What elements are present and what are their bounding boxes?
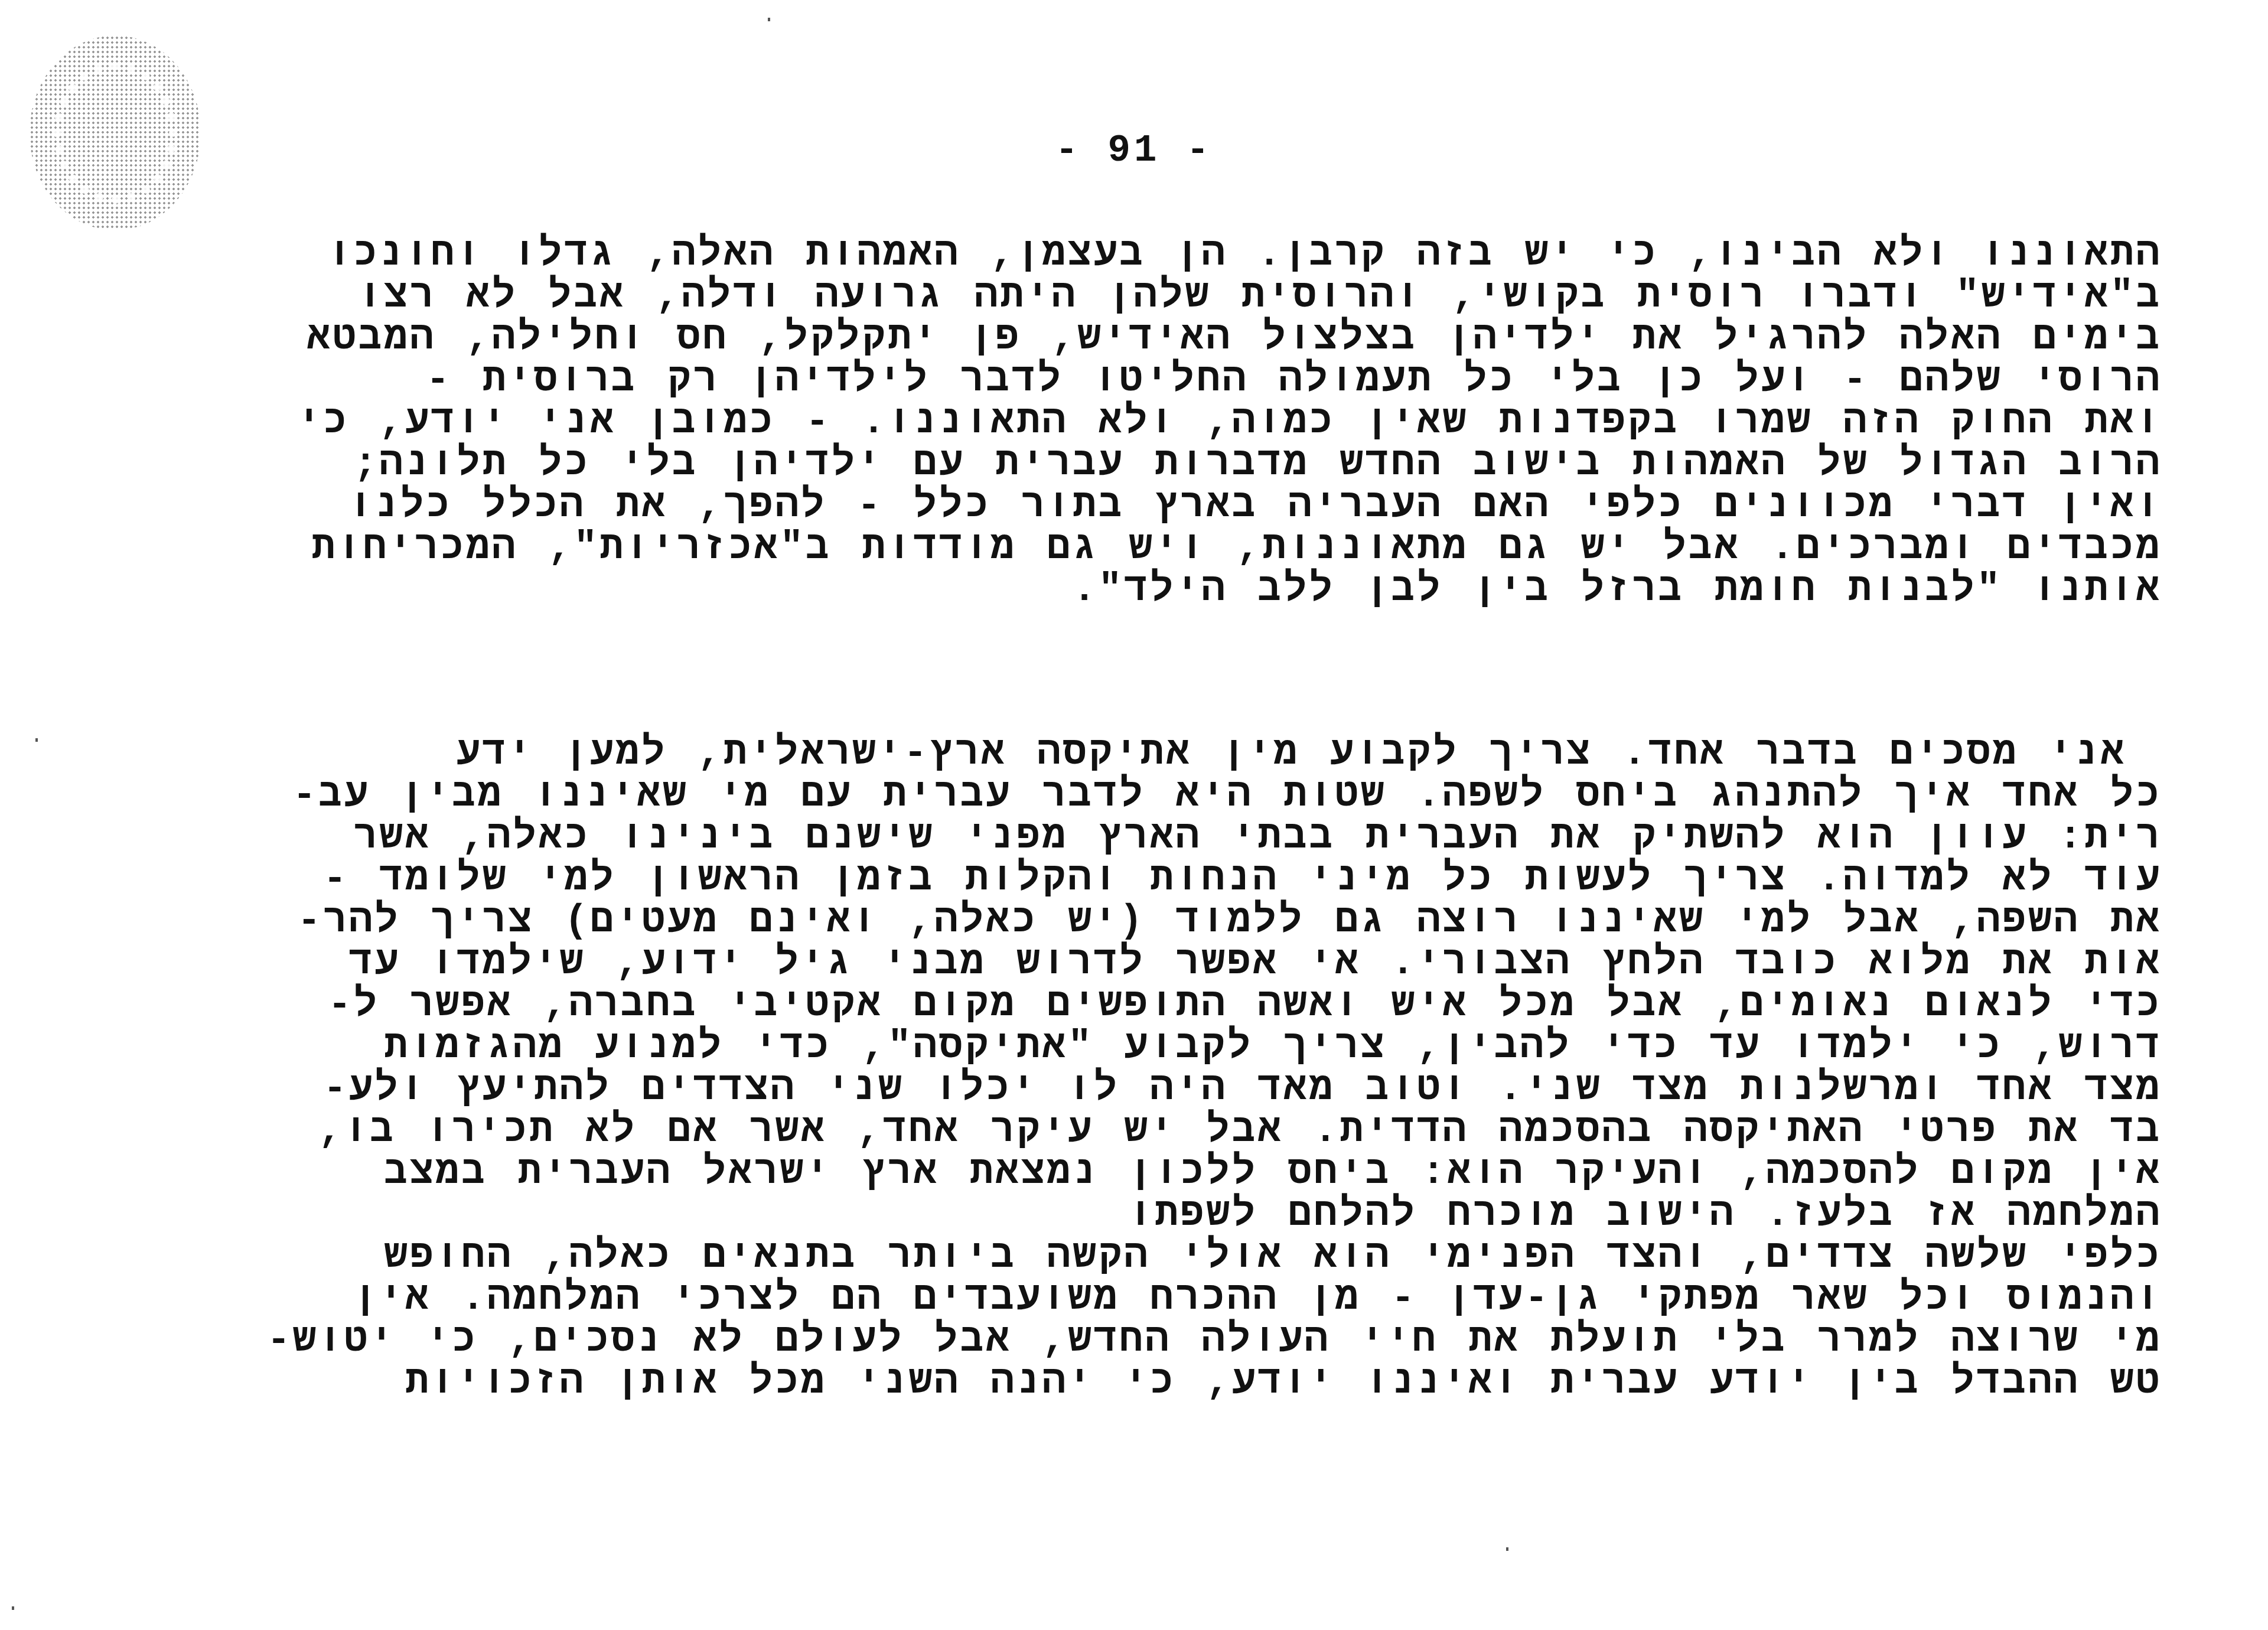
text-line: והנמוס וכל שאר מפתקי גן-עדן - מן ההכרח מ… [118,1277,2162,1319]
scan-speck [12,1606,14,1610]
text-line: כלפי שלשה צדדים, והצד הפנימי הוא אולי הק… [118,1235,2162,1277]
text-line: הרוב הגדול של האמהות בישוב החדש מדברות ע… [118,443,2162,485]
text-line: מכבדים ומברכים. אבל יש גם מתאוננות, ויש … [118,527,2162,569]
text-line: אות את מלוא כובד הלחץ הצבורי. אי אפשר לד… [118,942,2162,984]
text-line: ב"אידיש" ודברו רוסית בקושי, והרוסית שלהן… [118,275,2162,317]
text-line: כל אחד איך להתנהג ביחס לשפה. שטות היא לד… [118,774,2162,816]
text-line: מצד אחד ומרשלנות מצד שני. וטוב מאד היה ל… [118,1068,2162,1110]
text-line: בימים האלה להרגיל את ילדיהן בצלצול האידי… [118,317,2162,359]
text-line: רית: עוון הוא להשתיק את העברית בבתי הארץ… [118,816,2162,858]
text-line: עוד לא למדוה. צריך לעשות כל מיני הנחות ו… [118,858,2162,900]
paragraph-2: אני מסכים בדבר אחד. צריך לקבוע מין אתיקס… [118,732,2162,1403]
text-line: התאוננו ולא הבינו, כי יש בזה קרבן. הן בע… [118,233,2162,275]
text-line: ואת החוק הזה שמרו בקפדנות שאין כמוה, ולא… [118,401,2162,443]
text-line: את השפה, אבל למי שאיננו רוצה גם ללמוד (י… [118,900,2162,942]
scan-speck [768,18,770,21]
text-line: אני מסכים בדבר אחד. צריך לקבוע מין אתיקס… [118,732,2162,774]
text-line: אותנו "לבנות חומת ברזל בין לבן ללב הילד"… [118,569,2162,611]
page-number: - 91 - [0,130,2268,172]
text-line: בד את פרטי האתיקסה בהסכמה הדדית. אבל יש … [118,1110,2162,1152]
text-line: הרוסי שלהם - ועל כן בלי כל תעמולה החליטו… [118,359,2162,401]
text-line: המלחמה אז בלעז. הישוב מוכרח להלחם לשפתו [118,1194,2162,1235]
text-line: דרוש, כי ילמדו עד כדי להבין, צריך לקבוע … [118,1026,2162,1068]
scan-speck [35,738,38,742]
scan-speck [1506,1547,1508,1551]
text-line: אין מקום להסכמה, והעיקר הוא: ביחס ללכון … [118,1152,2162,1194]
paragraph-1: התאוננו ולא הבינו, כי יש בזה קרבן. הן בע… [118,233,2162,611]
text-line: ואין דברי מכוונים כלפי האם העבריה בארץ ב… [118,485,2162,527]
text-line: מי שרוצה למרר בלי תועלת את חיי העולה החד… [118,1319,2162,1361]
text-line: טש ההבדל בין יודע עברית ואיננו יודע, כי … [118,1361,2162,1403]
text-line: כדי לנאום נאומים, אבל מכל איש ואשה התופש… [118,984,2162,1026]
